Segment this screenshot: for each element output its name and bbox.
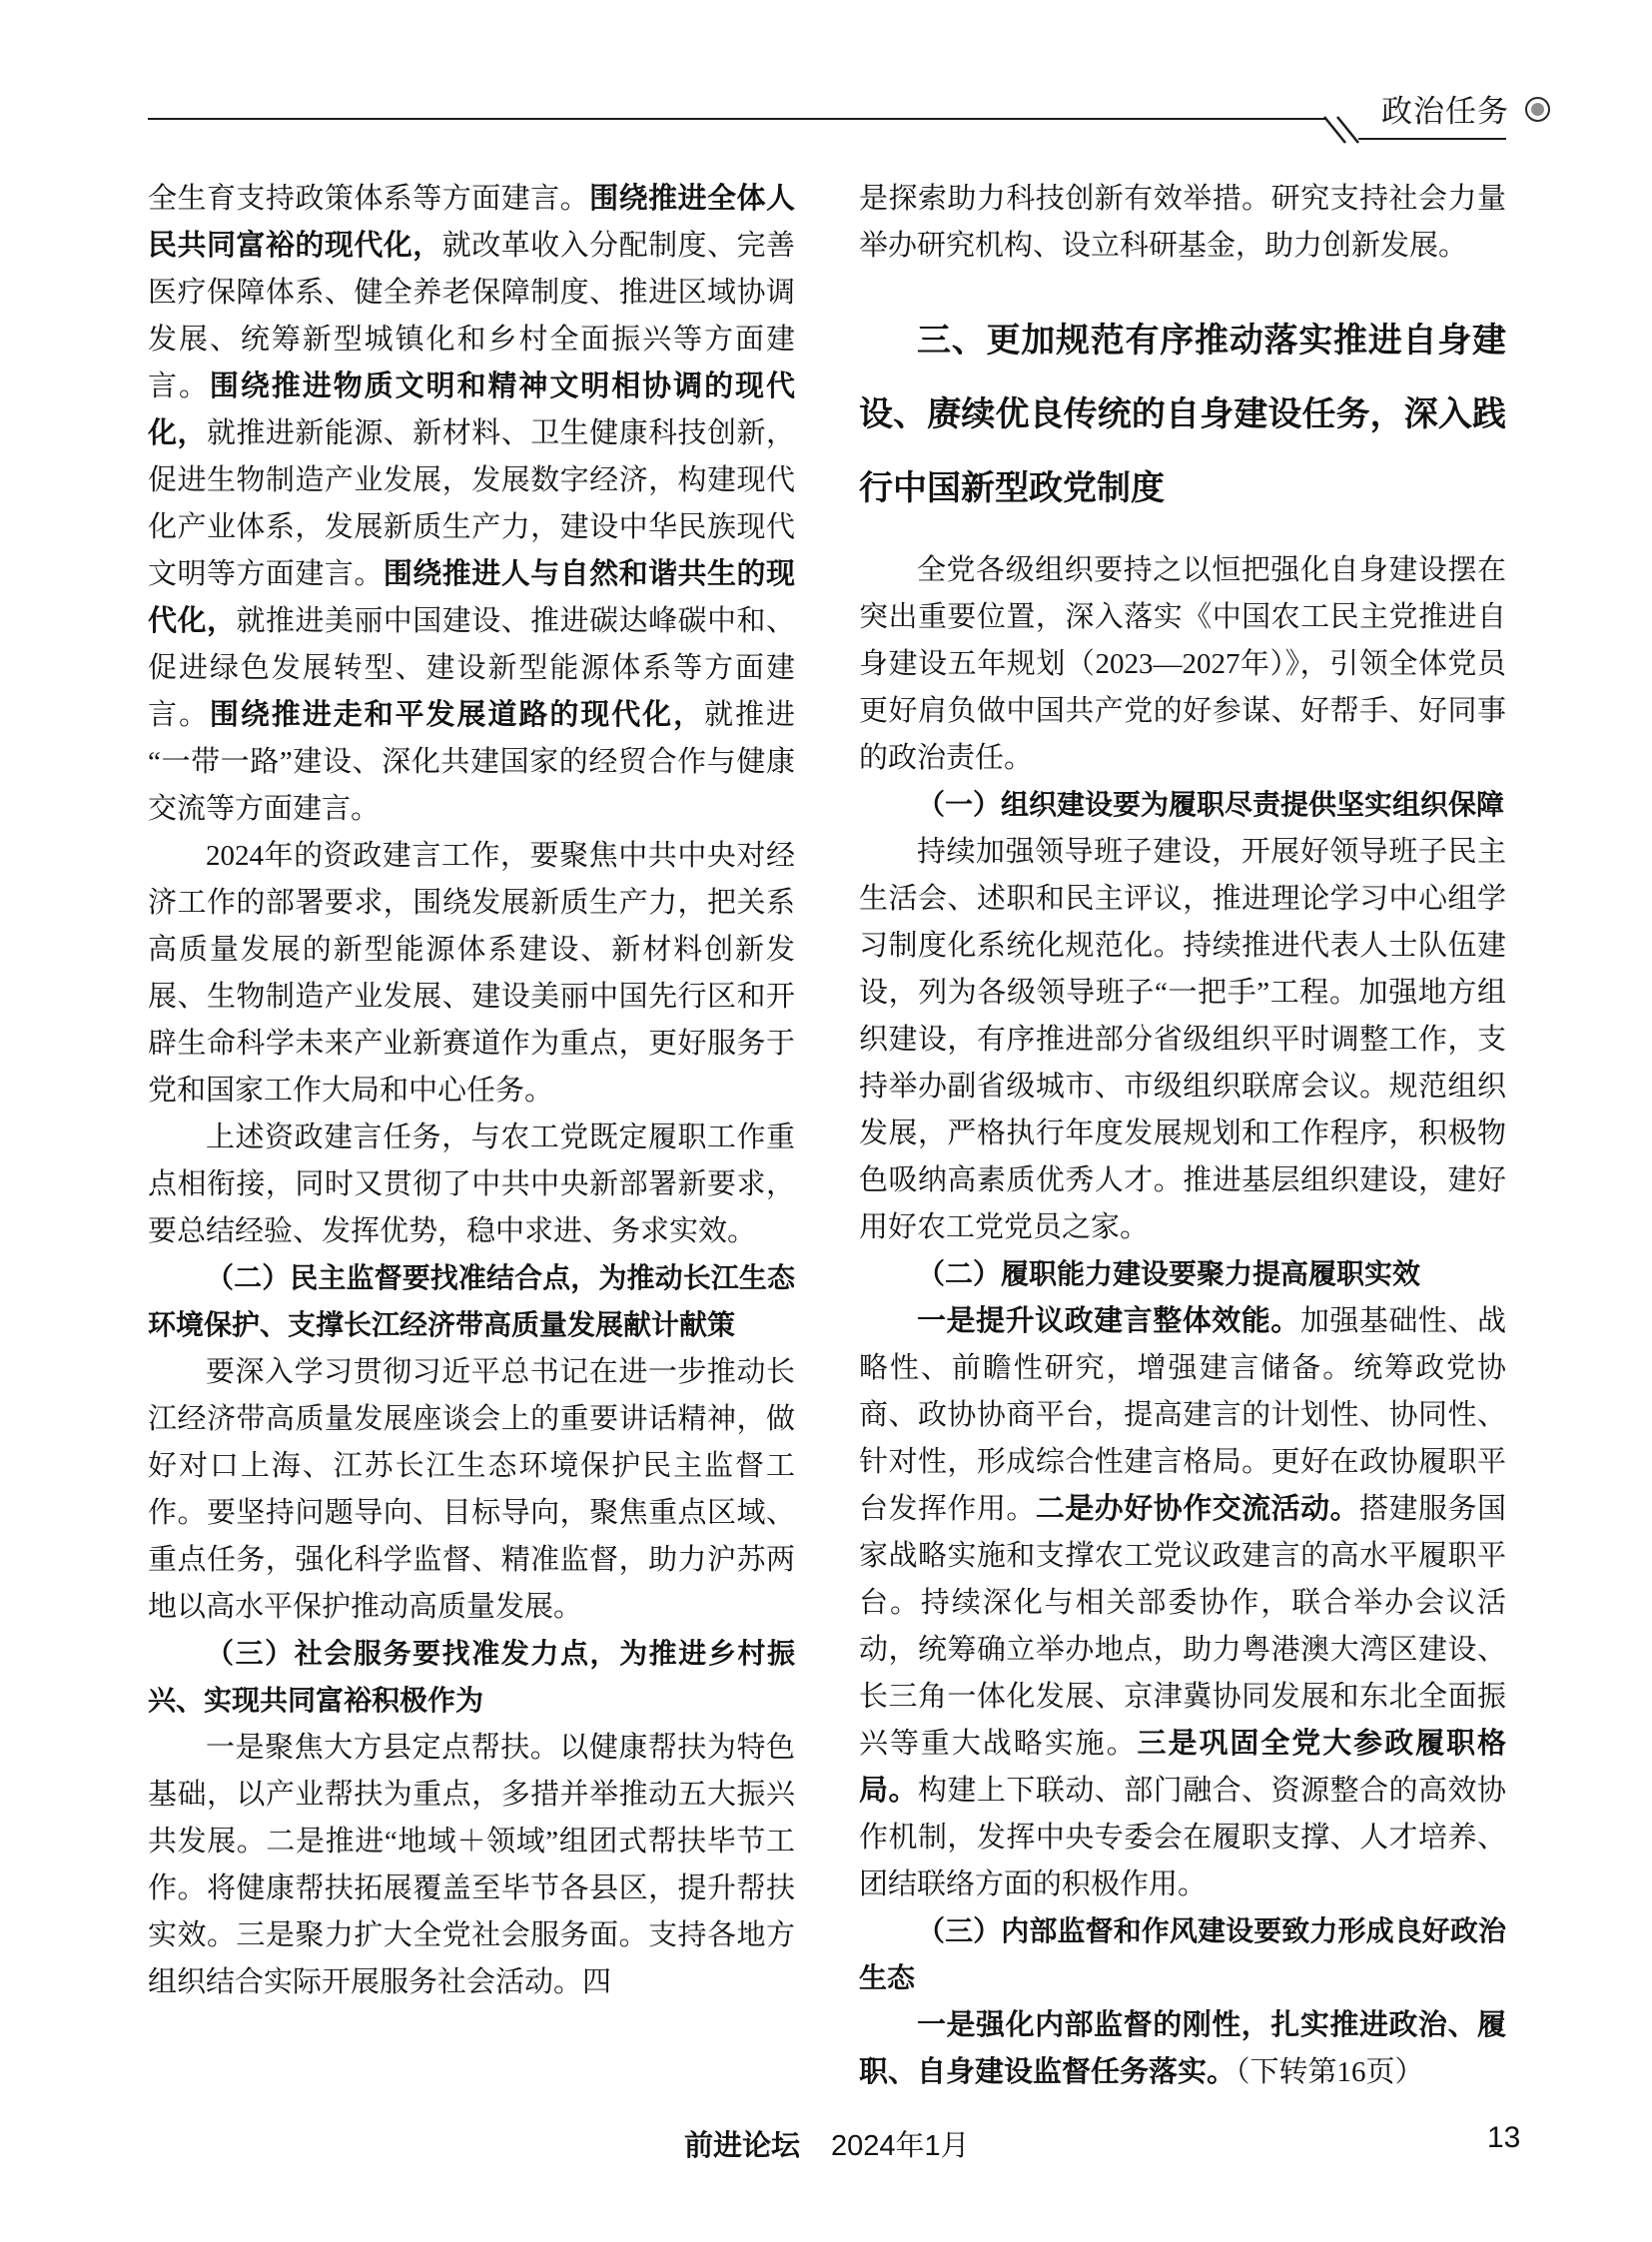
sub-heading: （二）民主监督要找准结合点，为推动长江生态环境保护、支撑长江经济带高质量发展献计… xyxy=(148,1255,795,1349)
paragraph: 全生育支持政策体系等方面建言。围绕推进全体人民共同富裕的现代化，就改革收入分配制… xyxy=(148,176,795,833)
paragraph: 持续加强领导班子建设，开展好领导班子民主生活会、述职和民主评议，推进理论学习中心… xyxy=(859,829,1506,1251)
paragraph: 一是聚焦大方县定点帮扶。以健康帮扶为特色基础，以产业帮扶为重点，多措并举推动五大… xyxy=(148,1725,795,2006)
header-rule-slashes xyxy=(1322,114,1362,146)
paragraph: 全党各级组织要持之以恒把强化自身建设摆在突出重要位置，深入落实《中国农工民主党推… xyxy=(859,547,1506,782)
section-label: 政治任务 xyxy=(1381,86,1509,131)
paragraph: 一是强化内部监督的刚性，扎实推进政治、履职、自身建设监督任务落实。（下转第16页… xyxy=(859,2002,1506,2096)
paragraph: 是探索助力科技创新有效举措。研究支持社会力量举办研究机构、设立科研基金，助力创新… xyxy=(859,176,1506,270)
journal-name: 前进论坛 xyxy=(684,2123,800,2164)
right-column: 是探索助力科技创新有效举措。研究支持社会力量举办研究机构、设立科研基金，助力创新… xyxy=(859,176,1506,2096)
magazine-page: 政治任务 全生育支持政策体系等方面建言。围绕推进全体人民共同富裕的现代化，就改革… xyxy=(0,0,1652,2242)
paragraph: 2024年的资政建言工作，要聚焦中共中央对经济工作的部署要求，围绕发展新质生产力… xyxy=(148,833,795,1115)
sub-heading: （三）内部监督和作风建设要致力形成良好政治生态 xyxy=(859,1908,1506,2002)
header-rule-main xyxy=(148,118,1326,120)
page-number: 13 xyxy=(1487,2121,1520,2155)
section-heading: 三、更加规范有序推动落实推进自身建设、赓续优良传统的自身建设任务，深入践行中国新… xyxy=(859,304,1506,525)
paragraph: 一是提升议政建言整体效能。加强基础性、战略性、前瞻性研究，增强建言储备。统筹政党… xyxy=(859,1298,1506,1908)
sub-heading: （一）组织建设要为履职尽责提供坚实组织保障 xyxy=(859,782,1506,829)
issue-date: 2024年1月 xyxy=(831,2123,970,2164)
bullseye-icon xyxy=(1525,97,1550,122)
paragraph: 要深入学习贯彻习近平总书记在进一步推动长江经济带高质量发展座谈会上的重要讲话精神… xyxy=(148,1349,795,1631)
sub-heading: （三）社会服务要找准发力点，为推进乡村振兴、实现共同富裕积极作为 xyxy=(148,1631,795,1725)
sub-heading: （二）履职能力建设要聚力提高履职实效 xyxy=(859,1251,1506,1298)
left-column: 全生育支持政策体系等方面建言。围绕推进全体人民共同富裕的现代化，就改革收入分配制… xyxy=(148,176,795,2006)
header-rule-short xyxy=(1358,138,1506,140)
bullseye-dot xyxy=(1531,103,1544,116)
paragraph: 上述资政建言任务，与农工党既定履职工作重点相衔接，同时又贯彻了中共中央新部署新要… xyxy=(148,1115,795,1255)
